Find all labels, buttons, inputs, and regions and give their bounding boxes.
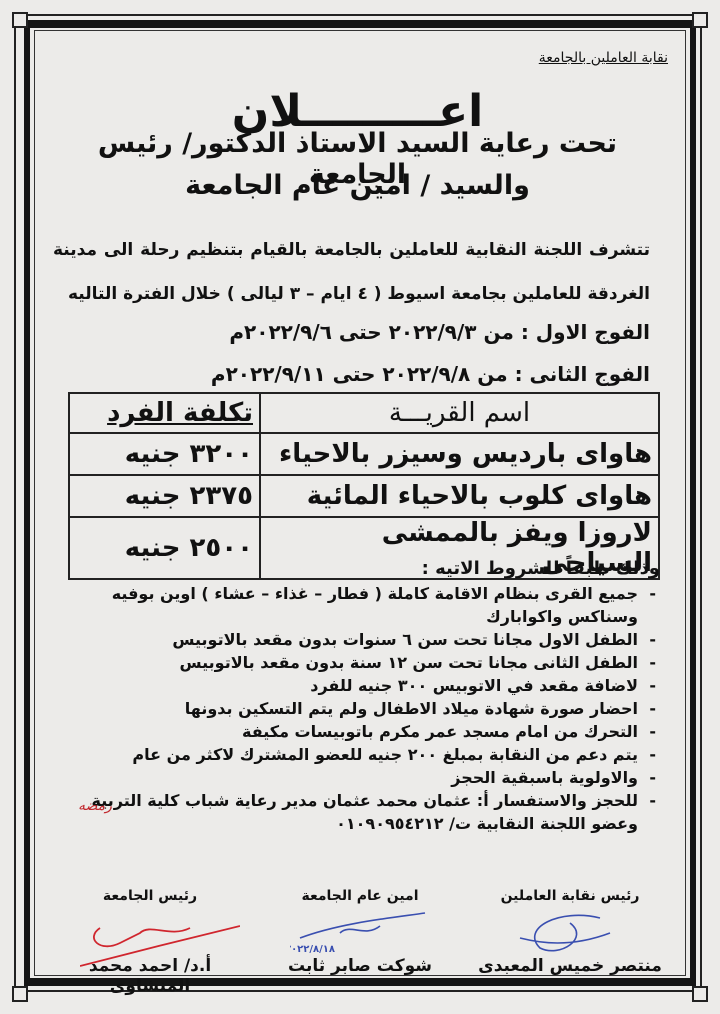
header-resort-name: اسم القريـــة [260,393,659,433]
corner-ornament [12,986,28,1002]
condition-item: -يتم دعم من النقابة بمبلغ ٢٠٠ جنيه للعضو… [56,743,656,766]
table-header-row: اسم القريـــة تكلفة الفرد [69,393,659,433]
table-row: هاواى كلوب بالاحياء المائية ٢٣٧٥ جنيه [69,475,659,517]
corner-ornament [692,986,708,1002]
handwritten-signature-icon [500,908,620,956]
handwritten-initials: رمضه [78,798,112,814]
corner-ornament [12,12,28,28]
resort-cost: ٢٥٠٠ جنيه [69,517,260,579]
group-1-dates: الفوج الاول : من ٢٠٢٢/٩/٣ حتى ٢٠٢٢/٩/٦م [229,320,650,344]
condition-item: -والاولوية باسبقية الحجز [56,766,656,789]
conditions-list: -جميع القرى بنظام الاقامة كاملة ( فطار –… [56,582,656,835]
signature-university-president: رئيس الجامعة أ.د/ احمد محمد المنشاوى [50,888,250,904]
price-table: اسم القريـــة تكلفة الفرد هاواى بارديس و… [68,392,660,580]
condition-item: -للحجز والاستفسار أ: عثمان محمد عثمان مد… [56,789,656,835]
group-2-dates: الفوج الثانى : من ٢٠٢٢/٩/٨ حتى ٢٠٢٢/٩/١١… [211,362,650,386]
patron-line-2: والسيد / امين عام الجامعة [45,170,670,201]
signatures-block: رئيس نقابة العاملين منتصر خميس المعبدى ا… [45,888,670,968]
condition-item: -جميع القرى بنظام الاقامة كاملة ( فطار –… [56,582,656,628]
conditions-heading: وذلك طبقاً للشروط الاتيه : [422,558,660,579]
resort-cost: ٢٣٧٥ جنيه [69,475,260,517]
announcement-document: نقابة العاملين بالجامعة اعـــــــــلان ت… [45,40,670,970]
condition-item: -الطفل الثانى مجانا تحت سن ١٢ سنة بدون م… [56,651,656,674]
intro-paragraph: تتشرف اللجنة النقابية للعاملين بالجامعة … [53,228,650,316]
resort-name: هاواى بارديس وسيزر بالاحياء [260,433,659,475]
svg-text:٢٠٢٢/٨/١٨: ٢٠٢٢/٨/١٨ [290,944,335,955]
signature-secretary-general: امين عام الجامعة ٢٠٢٢/٨/١٨ شوكت صابر ثاب… [260,888,460,904]
signature-union-head: رئيس نقابة العاملين منتصر خميس المعبدى [470,888,670,904]
resort-name: هاواى كلوب بالاحياء المائية [260,475,659,517]
corner-ornament [692,12,708,28]
condition-item: -التحرك من امام مسجد عمر مكرم باتوبيسات … [56,720,656,743]
condition-item: -الطفل الاول مجانا تحت سن ٦ سنوات بدون م… [56,628,656,651]
condition-item: -احضار صورة شهادة ميلاد الاطفال ولم يتم … [56,697,656,720]
table-row: هاواى بارديس وسيزر بالاحياء ٣٢٠٠ جنيه [69,433,659,475]
handwritten-signature-icon: ٢٠٢٢/٨/١٨ [290,908,430,956]
organization-name: نقابة العاملين بالجامعة [539,50,668,66]
header-cost-per-person: تكلفة الفرد [69,393,260,433]
resort-cost: ٣٢٠٠ جنيه [69,433,260,475]
condition-item: -لاضافة مقعد في الاتوبيس ٣٠٠ جنيه للفرد [56,674,656,697]
